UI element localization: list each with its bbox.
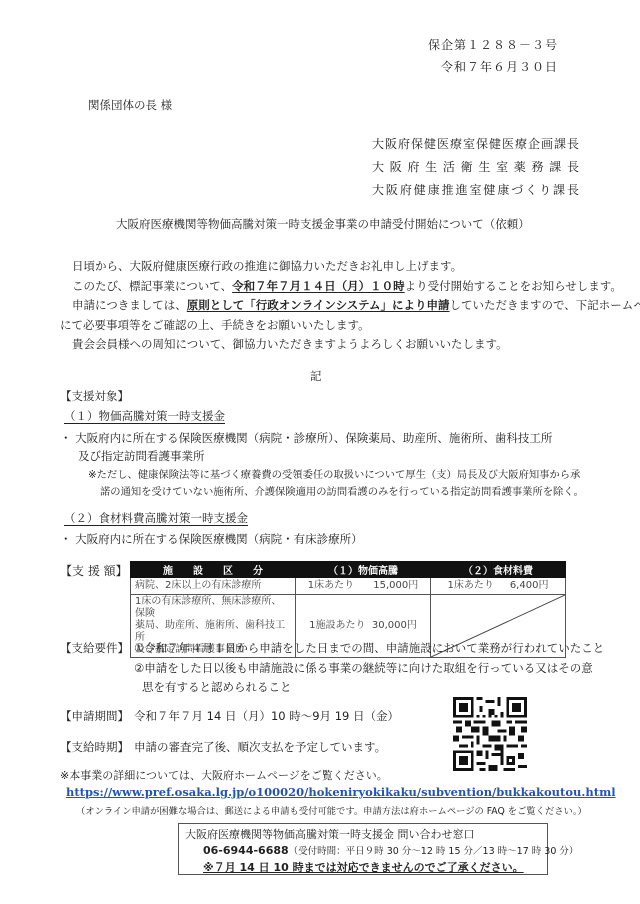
- sender-1: 大阪府保健医療室保健医療企画課長: [372, 133, 579, 156]
- item1-note-2: 諾の通知を受けていない施術所、介護保険適用の訪問看護のみを行っている指定訪問看護…: [100, 483, 584, 498]
- item1-bullet: ・ 大阪府内に所在する保険医療機関（病院・診療所）、保険薬局、助産所、施術所、歯…: [60, 430, 552, 446]
- item1-title: （１）物価高騰対策一時支援金: [60, 408, 265, 424]
- row1-food-cost: 1床あたり 6,400円: [431, 578, 566, 595]
- item2-title: （２）食材料費高騰対策一時支援金: [60, 510, 288, 526]
- ki-label: 記: [310, 368, 322, 384]
- postal-application-note: （オンライン申請が困難な場合は、郵送による申請も受付可能です。申請方法は府ホーム…: [76, 803, 587, 817]
- senders: 大阪府保健医療室保健医療企画課長 大阪府生活衛生室薬務課長 大阪府健康推進室健康…: [372, 133, 579, 202]
- start-date-emphasis: 令和７年７月１４日（月）１０時: [232, 279, 405, 293]
- paragraph-request: 貴会会員様への周知について、御協力いただきますようよろしくお願いいたします。: [60, 335, 640, 355]
- details-note: ※本事業の詳細については、大阪府ホームページをご覧ください。: [60, 767, 388, 783]
- sender-3: 大阪府健康推進室健康づくり課長: [372, 179, 579, 202]
- requirements-heading: 【支給要件】: [60, 640, 129, 656]
- contact-phone-line: 06-6944-6688（受付時間：平日９時 30 分～12 時 15 分／13…: [185, 843, 541, 860]
- contact-hours: （受付時間：平日９時 30 分～12 時 15 分／13 時～17 時 30 分…: [289, 846, 579, 857]
- requirement-2: ②申請をした日以後も申請施設に係る事業の継続等に向けた取組を行っている又はその意: [134, 660, 593, 676]
- period-heading: 【申請期間】: [60, 708, 129, 724]
- payment-value: 申請の審査完了後、順次支払を予定しています。: [134, 739, 386, 755]
- contact-title: 大阪府医療機関等物価高騰対策一時支援金 問い合わせ窓口: [185, 827, 541, 843]
- header-price-surge: （１）物価高騰: [296, 562, 431, 578]
- item1-bullet-cont: 及び指定訪問看護事業所: [78, 448, 205, 464]
- addressee: 関係団体の長 様: [88, 97, 172, 113]
- document-date: 令和７年６月３０日: [441, 56, 558, 78]
- support-target-heading: 【支援対象】: [60, 388, 129, 404]
- document-title: 大阪府医療機関等物価高騰対策一時支援金事業の申請受付開始について（依頼）: [116, 216, 530, 232]
- sender-2: 大阪府生活衛生室薬務課長: [372, 156, 579, 179]
- header-category: 施 設 区 分: [131, 562, 296, 578]
- payment-heading: 【支給時期】: [60, 739, 129, 755]
- details-url-link[interactable]: https://www.pref.osaka.lg.jp/o100020/hok…: [66, 785, 616, 799]
- paragraph-online-application: 申請につきましては、原則として「行政オンラインシステム」により申請していただきま…: [60, 296, 640, 316]
- paragraph-start-date: このたび、標記事業について、令和７年７月１４日（月）１０時より受付開始することを…: [60, 277, 640, 297]
- contact-phone: 06-6944-6688: [203, 844, 289, 857]
- paragraph-greeting: 日頃から、大阪府健康医療行政の推進に御協力いただきお礼申し上げます。: [60, 257, 640, 277]
- requirement-2-cont: 思を有すると認められること: [142, 679, 292, 695]
- qr-code[interactable]: [453, 697, 527, 771]
- row1-price-surge: 1床あたり 15,000円: [296, 578, 431, 595]
- item1-note-1: ※ただし、健康保険法等に基づく療養費の受領委任の取扱いについて厚生（支）局長及び…: [88, 466, 580, 481]
- qr-code-icon: [453, 697, 527, 771]
- period-value: 令和７年７月 14 日（月）10 時～9月 19 日（金）: [134, 708, 399, 724]
- body-text: 日頃から、大阪府健康医療行政の推進に御協力いただきお礼申し上げます。 このたび、…: [60, 257, 640, 355]
- paragraph-online-application-cont: にて必要事項等をご確認の上、手続きをお願いいたします。: [60, 316, 640, 336]
- header-food-cost: （２）食材料費: [431, 562, 566, 578]
- document-number: 保企第１２８８－３号: [428, 34, 558, 56]
- contact-box: 大阪府医療機関等物価高騰対策一時支援金 問い合わせ窓口 06-6944-6688…: [178, 823, 548, 875]
- item2-bullet: ・ 大阪府内に所在する保険医療機関（病院・有床診療所）: [60, 531, 363, 547]
- row1-category: 病院、2床以上の有床診療所: [131, 578, 296, 595]
- amount-heading: 【支 援 額】: [60, 562, 128, 579]
- table-row: 病院、2床以上の有床診療所 1床あたり 15,000円 1床あたり 6,400円: [131, 578, 566, 595]
- requirement-1: ①令和７年４月１日から申請をした日までの間、申請施設において業務が行われていたこ…: [134, 640, 604, 656]
- contact-warning: ※７月 14 日 10 時までは対応できませんのでご了承ください。: [185, 860, 541, 876]
- online-system-emphasis: 原則として「行政オンラインシステム」により申請: [187, 298, 450, 312]
